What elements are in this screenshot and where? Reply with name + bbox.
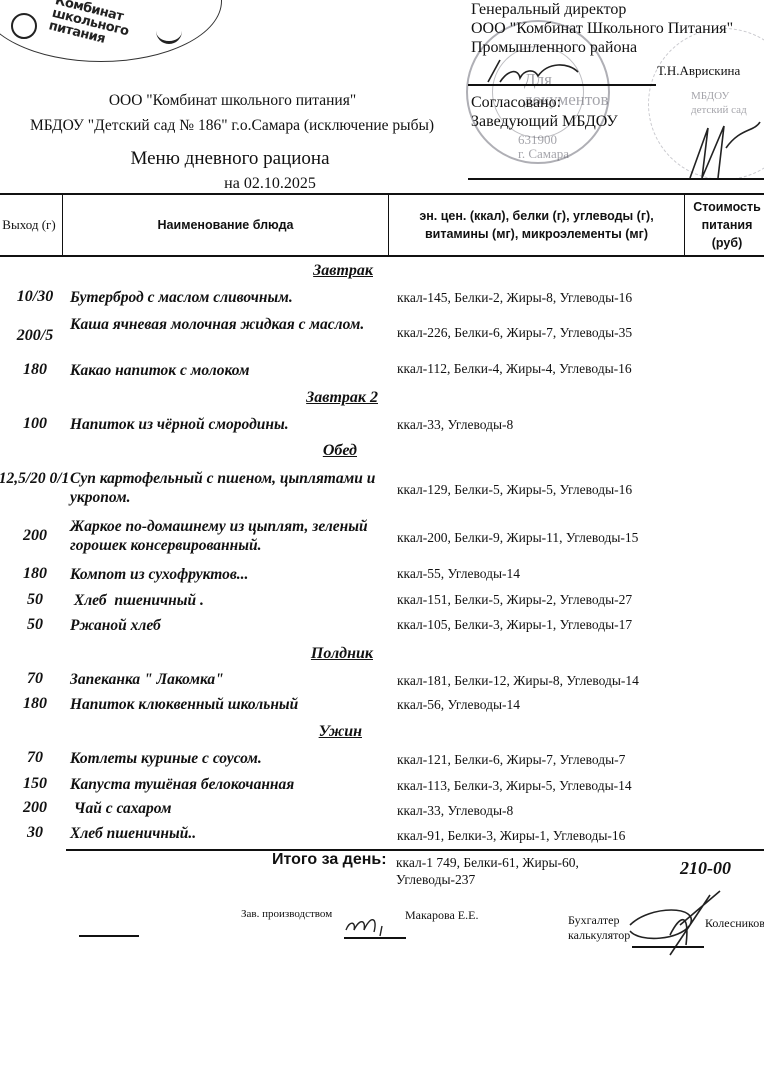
section-lunch: Обед	[250, 442, 357, 460]
kindergarten-stamp-text: МБДОУ детский сад	[691, 89, 751, 117]
row-nutrition: ккал-181, Белки-12, Жиры-8, Углеводы-14	[397, 673, 639, 689]
column-header-cost: Стоимость питания (руб)	[686, 195, 764, 255]
menu-date: на 02.10.2025	[0, 175, 540, 193]
blank-signature-line	[79, 935, 139, 937]
row-qty: 50	[0, 591, 70, 609]
row-nutrition: ккал-151, Белки-5, Жиры-2, Углеводы-27	[397, 592, 632, 608]
row-nutrition: ккал-145, Белки-2, Жиры-8, Углеводы-16	[397, 290, 632, 306]
row-qty: 70	[0, 670, 70, 688]
row-qty: 180	[0, 695, 70, 713]
row-nutrition: ккал-121, Белки-6, Жиры-7, Углеводы-7	[397, 752, 625, 768]
row-dish: Котлеты куриные с соусом.	[70, 749, 390, 768]
stamp-city: г. Самара	[518, 146, 569, 162]
table-header: Выход (г) Наименование блюда эн. цен. (к…	[0, 193, 764, 257]
total-cost: 210-00	[680, 858, 731, 879]
row-dish: Жаркое по-домашнему из цыплят, зеленый г…	[70, 517, 380, 555]
section-second-breakfast: Завтрак 2	[250, 389, 378, 407]
approval-signer-name: Т.Н.Аврискина	[657, 63, 740, 79]
production-manager-label: Зав. производством	[241, 908, 332, 920]
row-dish: Хлеб пшеничный .	[70, 591, 390, 610]
row-dish: Напиток клюквенный школьный	[70, 695, 390, 714]
production-manager-name: Макарова Е.Е.	[405, 908, 478, 923]
agreed-position: Заведующий МБДОУ	[471, 112, 618, 131]
total-label: Итого за день:	[272, 851, 387, 869]
approval-signature-line	[468, 84, 656, 86]
row-qty: 30	[0, 824, 70, 842]
director-signature	[478, 52, 588, 92]
column-header-yield: Выход (г)	[0, 195, 63, 255]
section-afternoon-snack: Полдник	[250, 645, 373, 663]
row-nutrition: ккал-129, Белки-5, Жиры-5, Углеводы-16	[397, 482, 632, 498]
row-qty: 200	[0, 527, 70, 545]
column-header-dish: Наименование блюда	[63, 195, 389, 255]
production-signature-line	[344, 937, 406, 939]
row-dish: Чай с сахаром	[70, 799, 390, 818]
row-qty: 100	[0, 415, 70, 433]
organization-name: ООО "Комбинат школьного питания"	[0, 92, 465, 110]
row-qty: 200	[0, 799, 70, 817]
row-dish: Ржаной хлеб	[70, 616, 390, 635]
row-qty: 180	[0, 361, 70, 379]
column-header-nutrition: эн. цен. (ккал), белки (г), углеводы (г)…	[389, 195, 685, 255]
row-nutrition: ккал-33, Углеводы-8	[397, 417, 513, 433]
section-breakfast: Завтрак	[250, 262, 373, 280]
institution-name: МБДОУ "Детский сад № 186" г.о.Самара (ис…	[0, 117, 470, 135]
agreed-block: Согласовано: Заведующий МБДОУ	[471, 93, 618, 131]
logo-text: Комбинат школьного питания	[47, 0, 133, 51]
bowl-icon	[156, 29, 182, 44]
section-dinner: Ужин	[250, 723, 362, 741]
approval-company: ООО "Комбинат Школьного Питания"	[471, 19, 733, 38]
approval-block: Генеральный директор ООО "Комбинат Школь…	[471, 0, 733, 57]
row-qty: 70	[0, 749, 70, 767]
row-nutrition: ккал-226, Белки-6, Жиры-7, Углеводы-35	[397, 325, 632, 341]
total-nutrition: ккал-1 749, Белки-61, Жиры-60, Углеводы-…	[396, 854, 636, 888]
row-nutrition: ккал-200, Белки-9, Жиры-11, Углеводы-15	[397, 530, 638, 546]
row-qty: 10/30	[0, 288, 70, 306]
row-nutrition: ккал-105, Белки-3, Жиры-1, Углеводы-17	[397, 617, 632, 633]
row-dish: Напиток из чёрной смородины.	[70, 415, 390, 434]
production-manager-signature	[340, 910, 400, 940]
row-dish: Какао напиток с молоком	[70, 361, 390, 380]
row-dish: Каша ячневая молочная жидкая с маслом.	[70, 315, 370, 334]
company-logo: Комбинат школьного питания	[0, 0, 222, 62]
row-nutrition: ккал-33, Углеводы-8	[397, 803, 513, 819]
child-face-icon	[11, 13, 37, 39]
row-nutrition: ккал-112, Белки-4, Жиры-4, Углеводы-16	[397, 361, 632, 377]
row-dish: Капуста тушёная белокочанная	[70, 775, 390, 794]
row-dish: Хлеб пшеничный..	[70, 824, 390, 843]
total-divider	[66, 849, 764, 851]
accountant-name: Колесников	[705, 916, 764, 931]
row-dish: Компот из сухофруктов...	[70, 565, 390, 584]
page-title: Меню дневного рациона	[0, 148, 460, 170]
agreed-label: Согласовано:	[471, 93, 618, 112]
row-nutrition: ккал-56, Углеводы-14	[397, 697, 520, 713]
row-dish: Суп картофельный с пшеном, цыплятами и у…	[70, 469, 390, 507]
approval-position: Генеральный директор	[471, 0, 733, 19]
row-dish: Запеканка " Лакомка"	[70, 670, 390, 689]
row-qty: 150	[0, 775, 70, 793]
accountant-signature-line	[632, 946, 704, 948]
row-nutrition: ккал-55, Углеводы-14	[397, 566, 520, 582]
row-dish: Бутерброд с маслом сливочным.	[70, 288, 390, 307]
row-nutrition: ккал-91, Белки-3, Жиры-1, Углеводы-16	[397, 828, 625, 844]
row-qty: 180	[0, 565, 70, 583]
row-qty: 12,5/20 0/1	[0, 469, 70, 488]
row-nutrition: ккал-113, Белки-3, Жиры-5, Углеводы-14	[397, 778, 632, 794]
row-qty: 50	[0, 616, 70, 634]
row-qty: 200/5	[0, 327, 70, 345]
